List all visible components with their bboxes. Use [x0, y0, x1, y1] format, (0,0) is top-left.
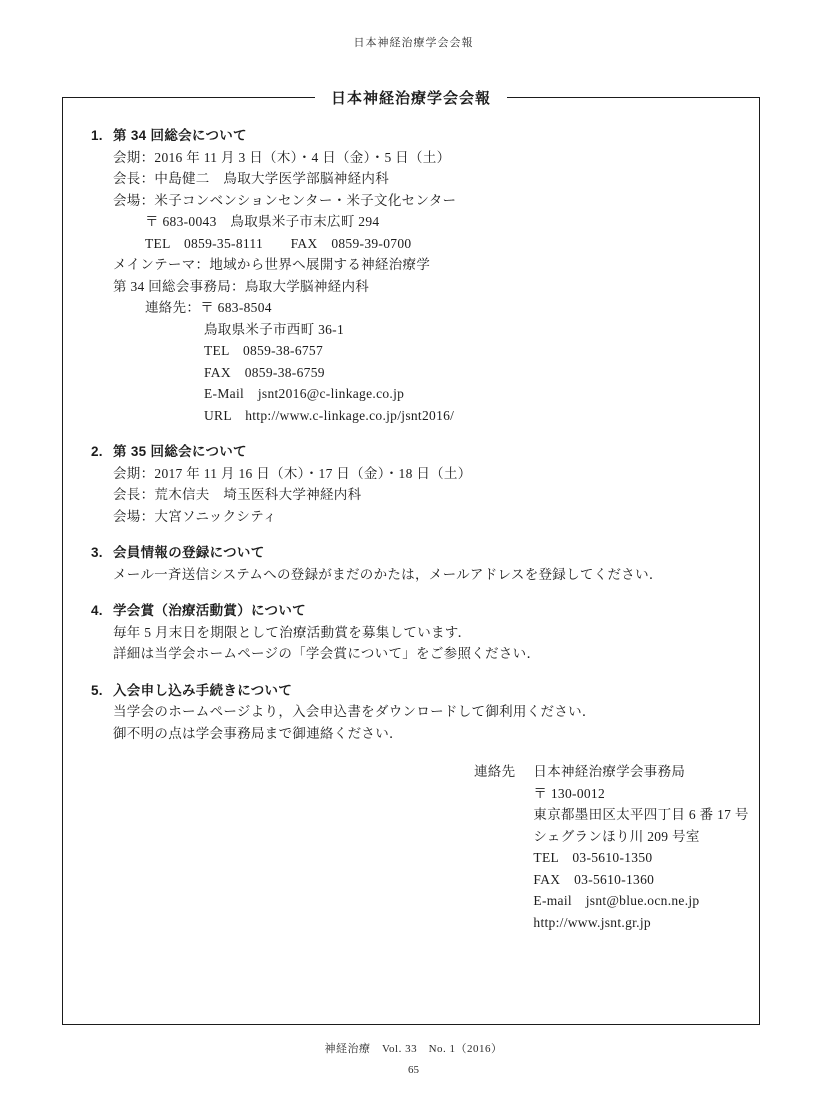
- section-lines: 当学会のホームページより，入会申込書をダウンロードして御利用ください． 御不明の…: [91, 701, 741, 744]
- box-content: 1.第 34 回総会について 会期：2016 年 11 月 3 日（木）・4 日…: [63, 98, 759, 933]
- section-lines: 会期：2017 年 11 月 16 日（木）・17 日（金）・18 日（土） 会…: [91, 463, 741, 528]
- section-line: 会期：2017 年 11 月 16 日（木）・17 日（金）・18 日（土）: [91, 463, 741, 485]
- section-line: メール一斉送信システムへの登録がまだのかたは，メールアドレスを登録してください．: [91, 564, 741, 586]
- box-title: 日本神経治療学会会報: [315, 87, 507, 108]
- section-lines: メール一斉送信システムへの登録がまだのかたは，メールアドレスを登録してください．: [91, 564, 741, 586]
- section-line: 会場：大宮ソニックシティ: [91, 506, 741, 528]
- section-line: メインテーマ：地域から世界へ展開する神経治療学: [91, 254, 741, 276]
- bulletin-section: 1.第 34 回総会について 会期：2016 年 11 月 3 日（木）・4 日…: [91, 125, 741, 426]
- section-line: TEL 0859-35-8111 FAX 0859-39-0700: [91, 233, 741, 255]
- section-heading: 2.第 35 回総会について: [91, 441, 741, 463]
- contact-line: FAX 03-5610-1360: [533, 869, 748, 891]
- section-heading: 3.会員情報の登録について: [91, 542, 741, 564]
- section-title: 会員情報の登録について: [113, 545, 265, 560]
- contact-line: 日本神経治療学会事務局: [533, 761, 748, 783]
- journal-citation: 神経治療 Vol. 33 No. 1（2016）: [0, 1039, 827, 1060]
- section-line: 毎年 5 月末日を期限として治療活動賞を募集しています．: [91, 622, 741, 644]
- contact-line: 東京都墨田区太平四丁目 6 番 17 号: [533, 804, 748, 826]
- section-number: 1.: [91, 125, 113, 147]
- contact-line: E-mail jsnt@blue.ocn.ne.jp: [533, 890, 748, 912]
- section-title: 第 34 回総会について: [113, 128, 247, 143]
- section-lines: 毎年 5 月末日を期限として治療活動賞を募集しています． 詳細は当学会ホームペー…: [91, 622, 741, 665]
- section-title: 入会申し込み手続きについて: [113, 683, 292, 698]
- section-line: 会場：米子コンベンションセンター・米子文化センター: [91, 190, 741, 212]
- bulletin-section: 5.入会申し込み手続きについて 当学会のホームページより，入会申込書をダウンロー…: [91, 680, 741, 745]
- section-line: 〒 683-0043 鳥取県米子市末広町 294: [91, 211, 741, 233]
- section-line: 第 34 回総会事務局：鳥取大学脳神経内科: [91, 276, 741, 298]
- section-heading: 1.第 34 回総会について: [91, 125, 741, 147]
- section-line: TEL 0859-38-6757: [91, 340, 741, 362]
- section-line: 会長：荒木信夫 埼玉医科大学神経内科: [91, 484, 741, 506]
- contact-line: 〒 130-0012: [533, 783, 748, 805]
- section-number: 4.: [91, 600, 113, 622]
- section-line: 鳥取県米子市西町 36-1: [91, 319, 741, 341]
- section-line: 会長：中島健二 鳥取大学医学部脳神経内科: [91, 168, 741, 190]
- section-heading: 4.学会賞（治療活動賞）について: [91, 600, 741, 622]
- section-line: E-Mail jsnt2016@c-linkage.co.jp: [91, 383, 741, 405]
- section-line: 当学会のホームページより，入会申込書をダウンロードして御利用ください．: [91, 701, 741, 723]
- page-footer: 神経治療 Vol. 33 No. 1（2016） 65: [0, 1039, 827, 1081]
- bulletin-section: 3.会員情報の登録について メール一斉送信システムへの登録がまだのかたは，メール…: [91, 542, 741, 585]
- contact-label: 連絡先: [474, 761, 515, 783]
- contact-line: シェグランほり川 209 号室: [533, 826, 748, 848]
- section-title: 学会賞（治療活動賞）について: [113, 603, 306, 618]
- bulletin-section: 2.第 35 回総会について 会期：2017 年 11 月 16 日（木）・17…: [91, 441, 741, 527]
- contact-line: http://www.jsnt.gr.jp: [533, 912, 748, 934]
- section-heading: 5.入会申し込み手続きについて: [91, 680, 741, 702]
- sections-container: 1.第 34 回総会について 会期：2016 年 11 月 3 日（木）・4 日…: [91, 125, 741, 744]
- bulletin-box: 日本神経治療学会会報 1.第 34 回総会について 会期：2016 年 11 月…: [62, 97, 760, 1025]
- section-line: 詳細は当学会ホームページの「学会賞について」をご参照ください．: [91, 643, 741, 665]
- bulletin-section: 4.学会賞（治療活動賞）について 毎年 5 月末日を期限として治療活動賞を募集し…: [91, 600, 741, 665]
- running-head: 日本神経治療学会会報: [0, 34, 827, 50]
- contact-block: 連絡先 日本神経治療学会事務局 〒 130-0012 東京都墨田区太平四丁目 6…: [474, 761, 741, 933]
- section-line: FAX 0859-38-6759: [91, 362, 741, 384]
- section-number: 3.: [91, 542, 113, 564]
- section-line: 御不明の点は学会事務局まで御連絡ください．: [91, 723, 741, 745]
- section-line: 会期：2016 年 11 月 3 日（木）・4 日（金）・5 日（土）: [91, 147, 741, 169]
- contact-lines: 日本神経治療学会事務局 〒 130-0012 東京都墨田区太平四丁目 6 番 1…: [533, 761, 748, 933]
- section-title: 第 35 回総会について: [113, 444, 247, 459]
- contact-line: TEL 03-5610-1350: [533, 847, 748, 869]
- section-number: 5.: [91, 680, 113, 702]
- section-line: URL http://www.c-linkage.co.jp/jsnt2016/: [91, 405, 741, 427]
- page-number: 65: [0, 1060, 827, 1081]
- section-line: 連絡先：〒 683-8504: [91, 297, 741, 319]
- section-number: 2.: [91, 441, 113, 463]
- section-lines: 会期：2016 年 11 月 3 日（木）・4 日（金）・5 日（土） 会長：中…: [91, 147, 741, 427]
